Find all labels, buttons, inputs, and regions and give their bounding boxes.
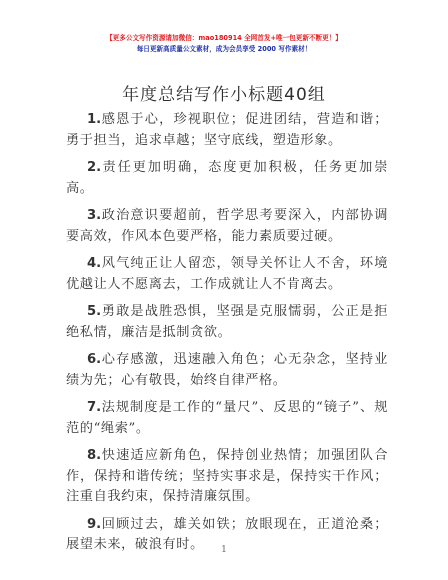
item-number: 3. [87, 208, 101, 223]
item-number: 5. [87, 304, 101, 319]
item-text: 法规制度是工作的“量尺”、反思的“镜子”、规范的“绳索”。 [66, 400, 388, 436]
list-item: 6.心存感激，迅速融入角色；心无杂念，坚持业绩为先；心有敬畏，始终自律严格。 [66, 350, 388, 391]
document-body: 1.感恩于心，珍视职位；促进团结，营造和谐；勇于担当，追求卓越；坚守底线，塑造形… [66, 110, 388, 563]
promo-banner-line2: 每日更新高质量公文素材，成为会员享受 2000 写作素材！ [0, 43, 448, 53]
list-item: 3.政治意识要超前，哲学思考要深入，内部协调要高效，作风本色要严格，能力素质要过… [66, 206, 388, 247]
promo-banner-line1: 【更多公文写作资源请加微信：mao180914 全网首发+唯一包更新不断更！】 [0, 32, 448, 42]
item-text: 感恩于心，珍视职位；促进团结，营造和谐；勇于担当，追求卓越；坚守底线，塑造形象。 [66, 112, 388, 148]
item-number: 9. [87, 517, 101, 532]
document-title: 年度总结写作小标题40组 [0, 80, 448, 105]
list-item: 4.风气纯正让人留恋，领导关怀让人不舍，环境优越让人不愿离去，工作成就让人不肯离… [66, 254, 388, 295]
item-number: 4. [87, 256, 101, 271]
page-number: 1 [0, 545, 448, 555]
item-text: 勇敢是战胜恐惧，坚强是克服懦弱，公正是拒绝私情，廉洁是抵制贪欲。 [66, 304, 388, 340]
list-item: 8.快速适应新角色，保持创业热情；加强团队合作，保持和谐传统；坚持实事求是，保持… [66, 446, 388, 508]
item-number: 7. [87, 400, 101, 415]
item-number: 6. [87, 352, 101, 367]
document-page: 【更多公文写作资源请加微信：mao180914 全网首发+唯一包更新不断更！】 … [0, 0, 448, 580]
item-text: 政治意识要超前，哲学思考要深入，内部协调要高效，作风本色要严格，能力素质要过硬。 [66, 208, 388, 244]
list-item: 5.勇敢是战胜恐惧，坚强是克服懦弱，公正是拒绝私情，廉洁是抵制贪欲。 [66, 302, 388, 343]
item-number: 8. [87, 448, 101, 463]
item-text: 风气纯正让人留恋，领导关怀让人不舍，环境优越让人不愿离去，工作成就让人不肯离去。 [66, 256, 388, 292]
item-text: 责任更加明确，态度更加积极，任务更加崇高。 [66, 160, 388, 196]
list-item: 7.法规制度是工作的“量尺”、反思的“镜子”、规范的“绳索”。 [66, 398, 388, 439]
item-text: 心存感激，迅速融入角色；心无杂念，坚持业绩为先；心有敬畏，始终自律严格。 [66, 352, 388, 388]
list-item: 1.感恩于心，珍视职位；促进团结，营造和谐；勇于担当，追求卓越；坚守底线，塑造形… [66, 110, 388, 151]
item-number: 2. [87, 160, 101, 175]
list-item: 2.责任更加明确，态度更加积极，任务更加崇高。 [66, 158, 388, 199]
item-text: 快速适应新角色，保持创业热情；加强团队合作，保持和谐传统；坚持实事求是，保持实干… [66, 448, 388, 504]
item-number: 1. [87, 112, 101, 127]
